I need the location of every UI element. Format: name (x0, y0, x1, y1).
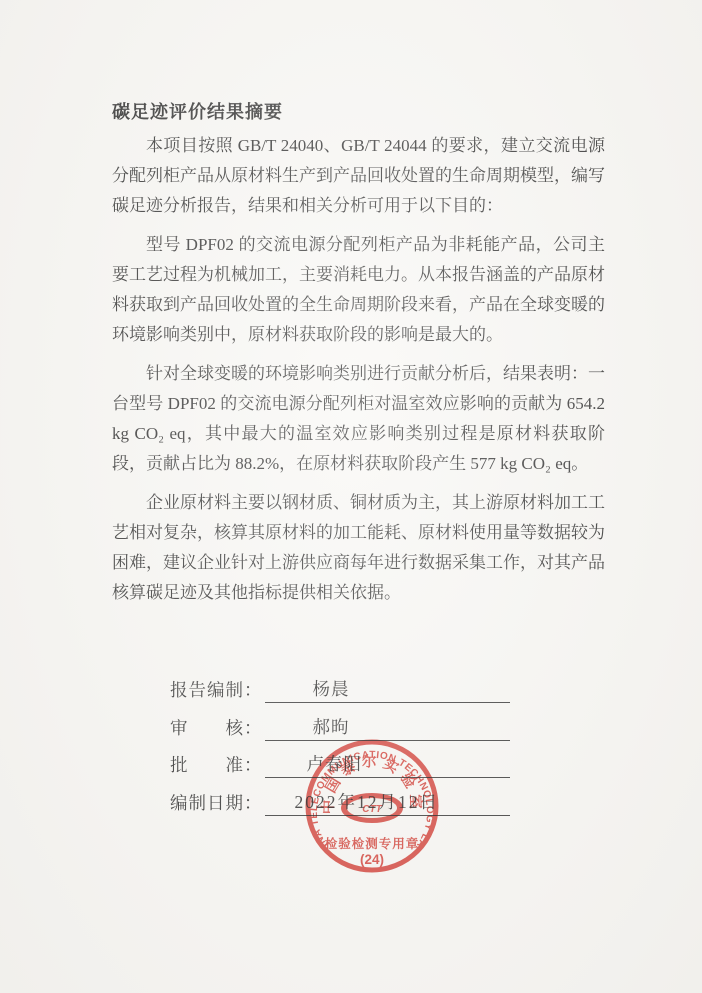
sig-label-author: 报告编制： (170, 677, 263, 703)
sig-value-author: 杨晨 (313, 676, 350, 701)
stamp-number: (24) (360, 852, 384, 867)
sig-row-author: 报告编制： 杨晨 (170, 666, 510, 703)
sig-label-date: 编制日期： (170, 790, 263, 816)
page-title: 碳足迹评价结果摘要 (112, 98, 283, 124)
scanned-report-page: 碳足迹评价结果摘要 本项目按照 GB/T 24040、GB/T 24044 的要… (0, 0, 702, 993)
sig-label-approver: 批 准： (170, 752, 263, 778)
paragraph-results: 针对全球变暖的环境影响类别进行贡献分析后，结果表明：一台型号 DPF02 的交流… (112, 359, 605, 479)
report-body: 本项目按照 GB/T 24040、GB/T 24044 的要求，建立交流电源分配… (112, 131, 605, 617)
stamp-logo-text: CTT (362, 804, 382, 815)
sig-underline: 杨晨 (265, 665, 511, 703)
stamp-bottom-text: 检验检测专用章 (325, 836, 420, 851)
paragraph-product: 型号 DPF02 的交流电源分配列柜产品为非耗能产品，公司主要工艺过程为机械加工… (112, 230, 605, 350)
sig-label-reviewer: 审 核： (170, 715, 263, 741)
paragraph-scope: 本项目按照 GB/T 24040、GB/T 24044 的要求，建立交流电源分配… (112, 131, 605, 221)
paragraph-recommendation: 企业原材料主要以钢材质、铜材质为主，其上游原材料加工工艺相对复杂，核算其原材料的… (112, 488, 605, 608)
official-stamp: CHINA TELECOMMUNICATION TECHNOLOGY LABS … (297, 731, 447, 881)
